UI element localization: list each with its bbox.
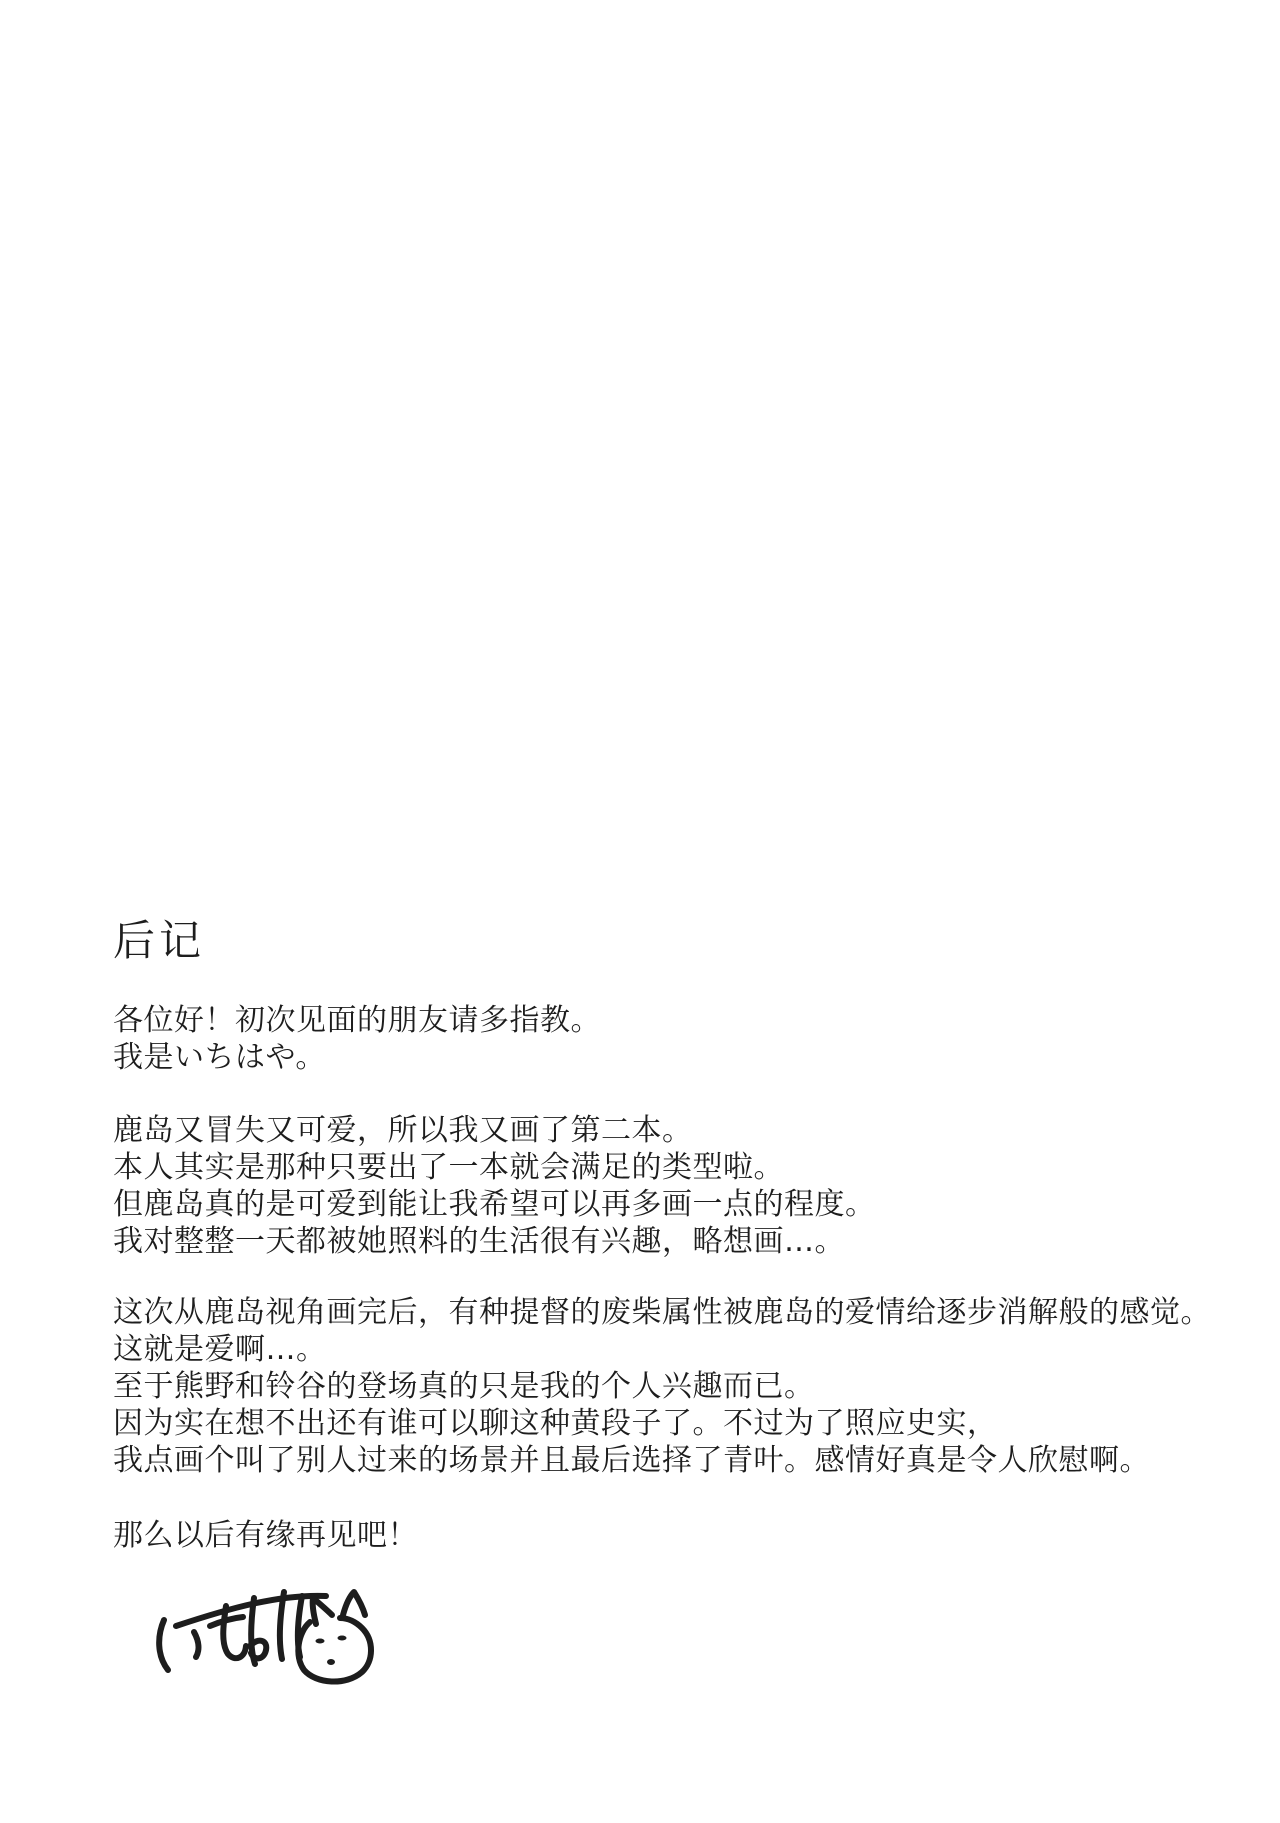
cat-head	[298, 1618, 371, 1682]
greeting-paragraph: 各位好！初次见面的朋友请多指教。 我是いちはや。	[113, 1002, 1240, 1076]
signature	[150, 1583, 378, 1695]
cat-left-eye	[316, 1639, 325, 1644]
text-line: 我是いちはや。	[113, 1039, 1240, 1076]
text-line: 我点画个叫了别人过来的场景并且最后选择了青叶。感情好真是令人欣慰啊。	[113, 1442, 1240, 1479]
story-paragraph: 这次从鹿岛视角画完后，有种提督的废柴属性被鹿岛的爱情给逐步消解般的感觉。 这就是…	[113, 1294, 1240, 1479]
text-line: 我对整整一天都被她照料的生活很有兴趣，略想画…。	[113, 1223, 1240, 1260]
kashima-paragraph: 鹿岛又冒失又可爱，所以我又画了第二本。 本人其实是那种只要出了一本就会满足的类型…	[113, 1112, 1240, 1260]
text-line: 本人其实是那种只要出了一本就会满足的类型啦。	[113, 1149, 1240, 1186]
afterword-page: 后记 各位好！初次见面的朋友请多指教。 我是いちはや。 鹿岛又冒失又可爱，所以我…	[0, 0, 1280, 1823]
text-line: 因为实在想不出还有谁可以聊这种黄段子了。不过为了照应史实，	[113, 1405, 1240, 1442]
farewell-paragraph: 那么以后有缘再见吧！	[113, 1517, 1240, 1554]
cat-mouth	[327, 1659, 335, 1665]
signature-stroke-i-left	[159, 1620, 168, 1670]
signature-stroke-chi-body	[223, 1606, 246, 1658]
text-line: 这就是爱啊…。	[113, 1331, 1240, 1368]
text-line: 但鹿岛真的是可爱到能让我希望可以再多画一点的程度。	[113, 1186, 1240, 1223]
afterword-title: 后记	[113, 916, 205, 966]
text-line: 这次从鹿岛视角画完后，有种提督的废柴属性被鹿岛的爱情给逐步消解般的感觉。	[113, 1294, 1240, 1331]
cat-left-ear	[313, 1598, 332, 1624]
cat-right-eye	[338, 1636, 347, 1641]
text-line: 各位好！初次见面的朋友请多指教。	[113, 1002, 1240, 1039]
signature-stroke-ya-1	[280, 1592, 284, 1659]
text-line: 鹿岛又冒失又可爱，所以我又画了第二本。	[113, 1112, 1240, 1149]
text-line: 至于熊野和铃谷的登场真的只是我的个人兴趣而已。	[113, 1368, 1240, 1405]
signature-stroke-i-right	[194, 1632, 198, 1657]
text-line: 那么以后有缘再见吧！	[113, 1517, 1240, 1554]
signature-doodle	[150, 1583, 378, 1695]
cat-right-ear	[343, 1592, 365, 1615]
